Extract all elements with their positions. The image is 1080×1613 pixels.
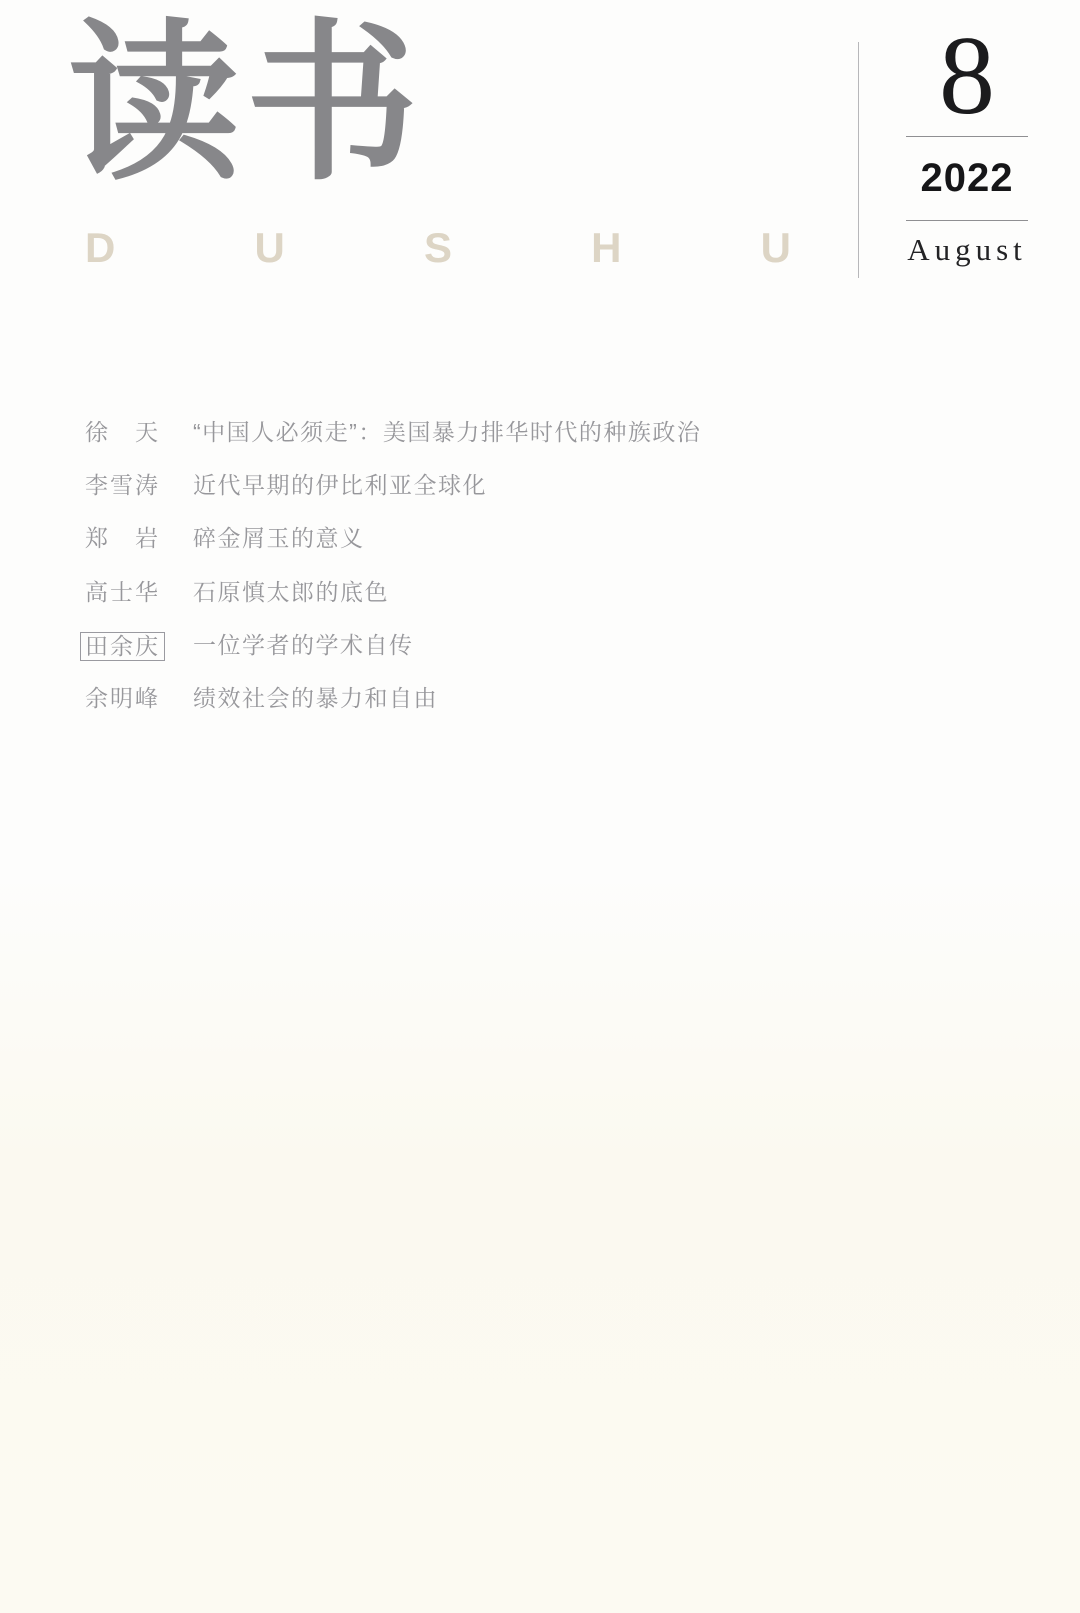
toc-title: 一位学者的学术自传 xyxy=(193,631,414,659)
logo-letter-s: S xyxy=(424,227,452,269)
toc-row: 郑 岩 碎金屑玉的意义 xyxy=(85,524,845,552)
toc-author: 李雪涛 xyxy=(85,471,160,499)
toc-row: 李雪涛 近代早期的伊比利亚全球化 xyxy=(85,471,845,499)
logo-letter-d: D xyxy=(85,227,115,269)
issue-number: 8 xyxy=(905,20,1029,132)
magazine-logo: 读书 xyxy=(68,16,424,197)
logo-letter-h: H xyxy=(591,227,621,269)
toc-author: 高士华 xyxy=(85,578,160,606)
vertical-divider xyxy=(858,42,859,278)
divider-line-bottom xyxy=(906,220,1028,221)
logo-letter-u1: U xyxy=(254,227,284,269)
magazine-logo-latin: D U S H U xyxy=(85,227,791,269)
issue-month: August xyxy=(897,234,1037,265)
toc-author: 余明峰 xyxy=(85,684,160,712)
logo-letter-u2: U xyxy=(761,227,791,269)
toc-row: 徐 天 “中国人必须走”：美国暴力排华时代的种族政治 xyxy=(85,418,845,446)
toc-title: 碎金屑玉的意义 xyxy=(193,524,365,552)
toc-author: 郑 岩 xyxy=(85,524,160,552)
toc-row: 田余庆 一位学者的学术自传 xyxy=(85,631,845,659)
toc-author: 徐 天 xyxy=(85,418,160,446)
toc-title: 绩效社会的暴力和自由 xyxy=(193,684,438,712)
issue-year: 2022 xyxy=(905,158,1029,198)
magazine-cover-page: 读书 D U S H U 8 2022 August 徐 天 “中国人必须走”：… xyxy=(0,0,1080,1613)
toc-row: 余明峰 绩效社会的暴力和自由 xyxy=(85,684,845,712)
toc-row: 高士华 石原慎太郎的底色 xyxy=(85,578,845,606)
toc-title: “中国人必须走”：美国暴力排华时代的种族政治 xyxy=(193,418,701,446)
divider-line-top xyxy=(906,136,1028,137)
toc-title: 近代早期的伊比利亚全球化 xyxy=(193,471,487,499)
toc-author-boxed: 田余庆 xyxy=(80,632,165,661)
toc-title: 石原慎太郎的底色 xyxy=(193,578,389,606)
